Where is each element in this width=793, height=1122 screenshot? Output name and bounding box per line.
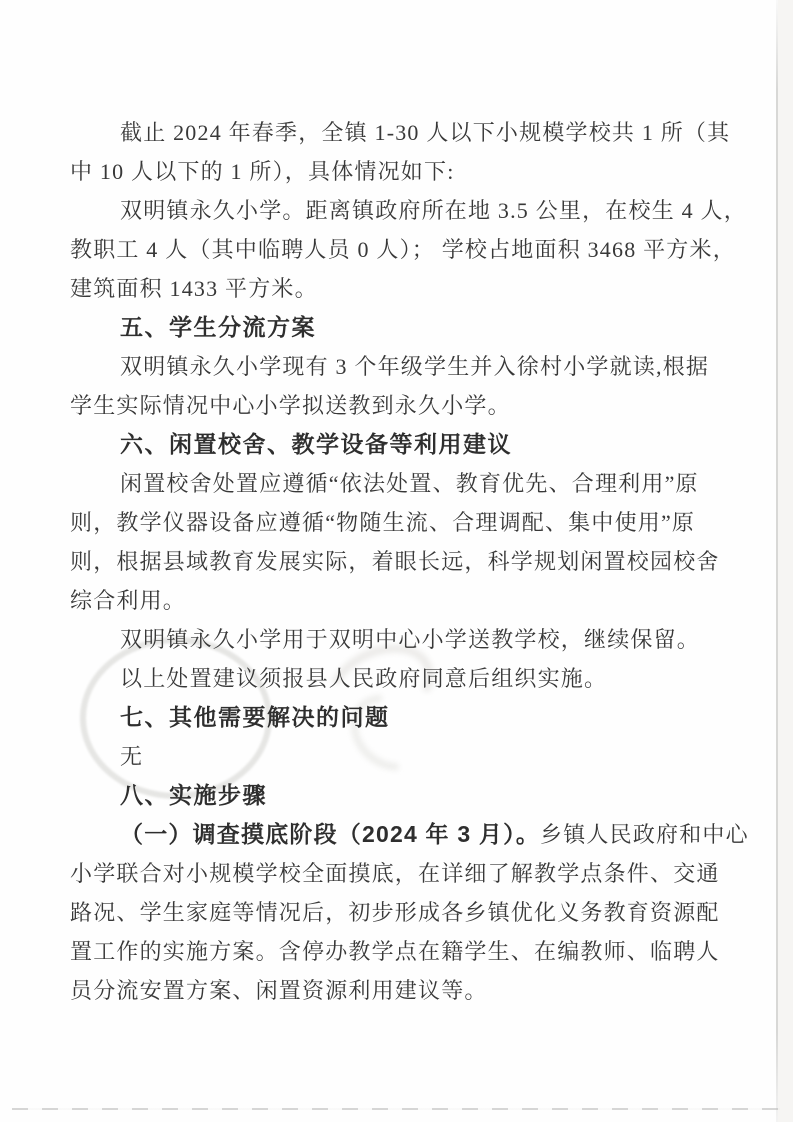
paragraph-line: 置工作的实施方案。含停办教学点在籍学生、在编教师、临聘人 [70,932,738,971]
paragraph-line: 以上处置建议须报县人民政府同意后组织实施。 [70,659,738,698]
paragraph-line: 闲置校舍处置应遵循“依法处置、教育优先、合理利用”原 [70,464,738,503]
scanned-document-page: 截止 2024 年春季，全镇 1-30 人以下小规模学校共 1 所（其 中 10… [0,0,793,1122]
paragraph-line: 中 10 人以下的 1 所），具体情况如下: [70,152,738,191]
section-heading-6: 六、闲置校舍、教学设备等利用建议 [70,425,738,464]
paragraph-text: 乡镇人民政府和中心 [540,822,749,847]
paragraph-line: （一）调查摸底阶段（2024 年 3 月）。乡镇人民政府和中心 [70,815,738,854]
scan-edge-right-line [776,0,778,1122]
paragraph-line: 路况、学生家庭等情况后，初步形成各乡镇优化义务教育资源配 [70,893,738,932]
paragraph-line: 教职工 4 人（其中临聘人员 0 人）； 学校占地面积 3468 平方米， [70,230,738,269]
scan-edge-right-band [778,0,793,1122]
paragraph-line: 综合利用。 [70,581,738,620]
paragraph-line: 无 [70,737,738,776]
paragraph-line: 双明镇永久小学现有 3 个年级学生并入徐村小学就读,根据 [70,347,738,386]
paragraph-line: 建筑面积 1433 平方米。 [70,269,738,308]
section-heading-8: 八、实施步骤 [70,776,738,815]
paragraph-line: 双明镇永久小学。距离镇政府所在地 3.5 公里，在校生 4 人， [70,191,738,230]
paragraph-line: 截止 2024 年春季，全镇 1-30 人以下小规模学校共 1 所（其 [70,113,738,152]
section-heading-7: 七、其他需要解决的问题 [70,698,738,737]
paragraph-line: 则，教学仪器设备应遵循“物随生流、合理调配、集中使用”原 [70,503,738,542]
scan-edge-bottom-line [12,1108,780,1110]
document-body: 截止 2024 年春季，全镇 1-30 人以下小规模学校共 1 所（其 中 10… [70,113,738,1010]
section-heading-5: 五、学生分流方案 [70,308,738,347]
paragraph-line: 学生实际情况中心小学拟送教到永久小学。 [70,386,738,425]
paragraph-line: 双明镇永久小学用于双明中心小学送教学校，继续保留。 [70,620,738,659]
paragraph-line: 员分流安置方案、闲置资源利用建议等。 [70,971,738,1010]
subsection-heading-1: （一）调查摸底阶段（2024 年 3 月）。 [120,821,540,847]
paragraph-line: 则，根据县域教育发展实际，着眼长远，科学规划闲置校园校舍 [70,542,738,581]
paragraph-line: 小学联合对小规模学校全面摸底，在详细了解教学点条件、交通 [70,854,738,893]
